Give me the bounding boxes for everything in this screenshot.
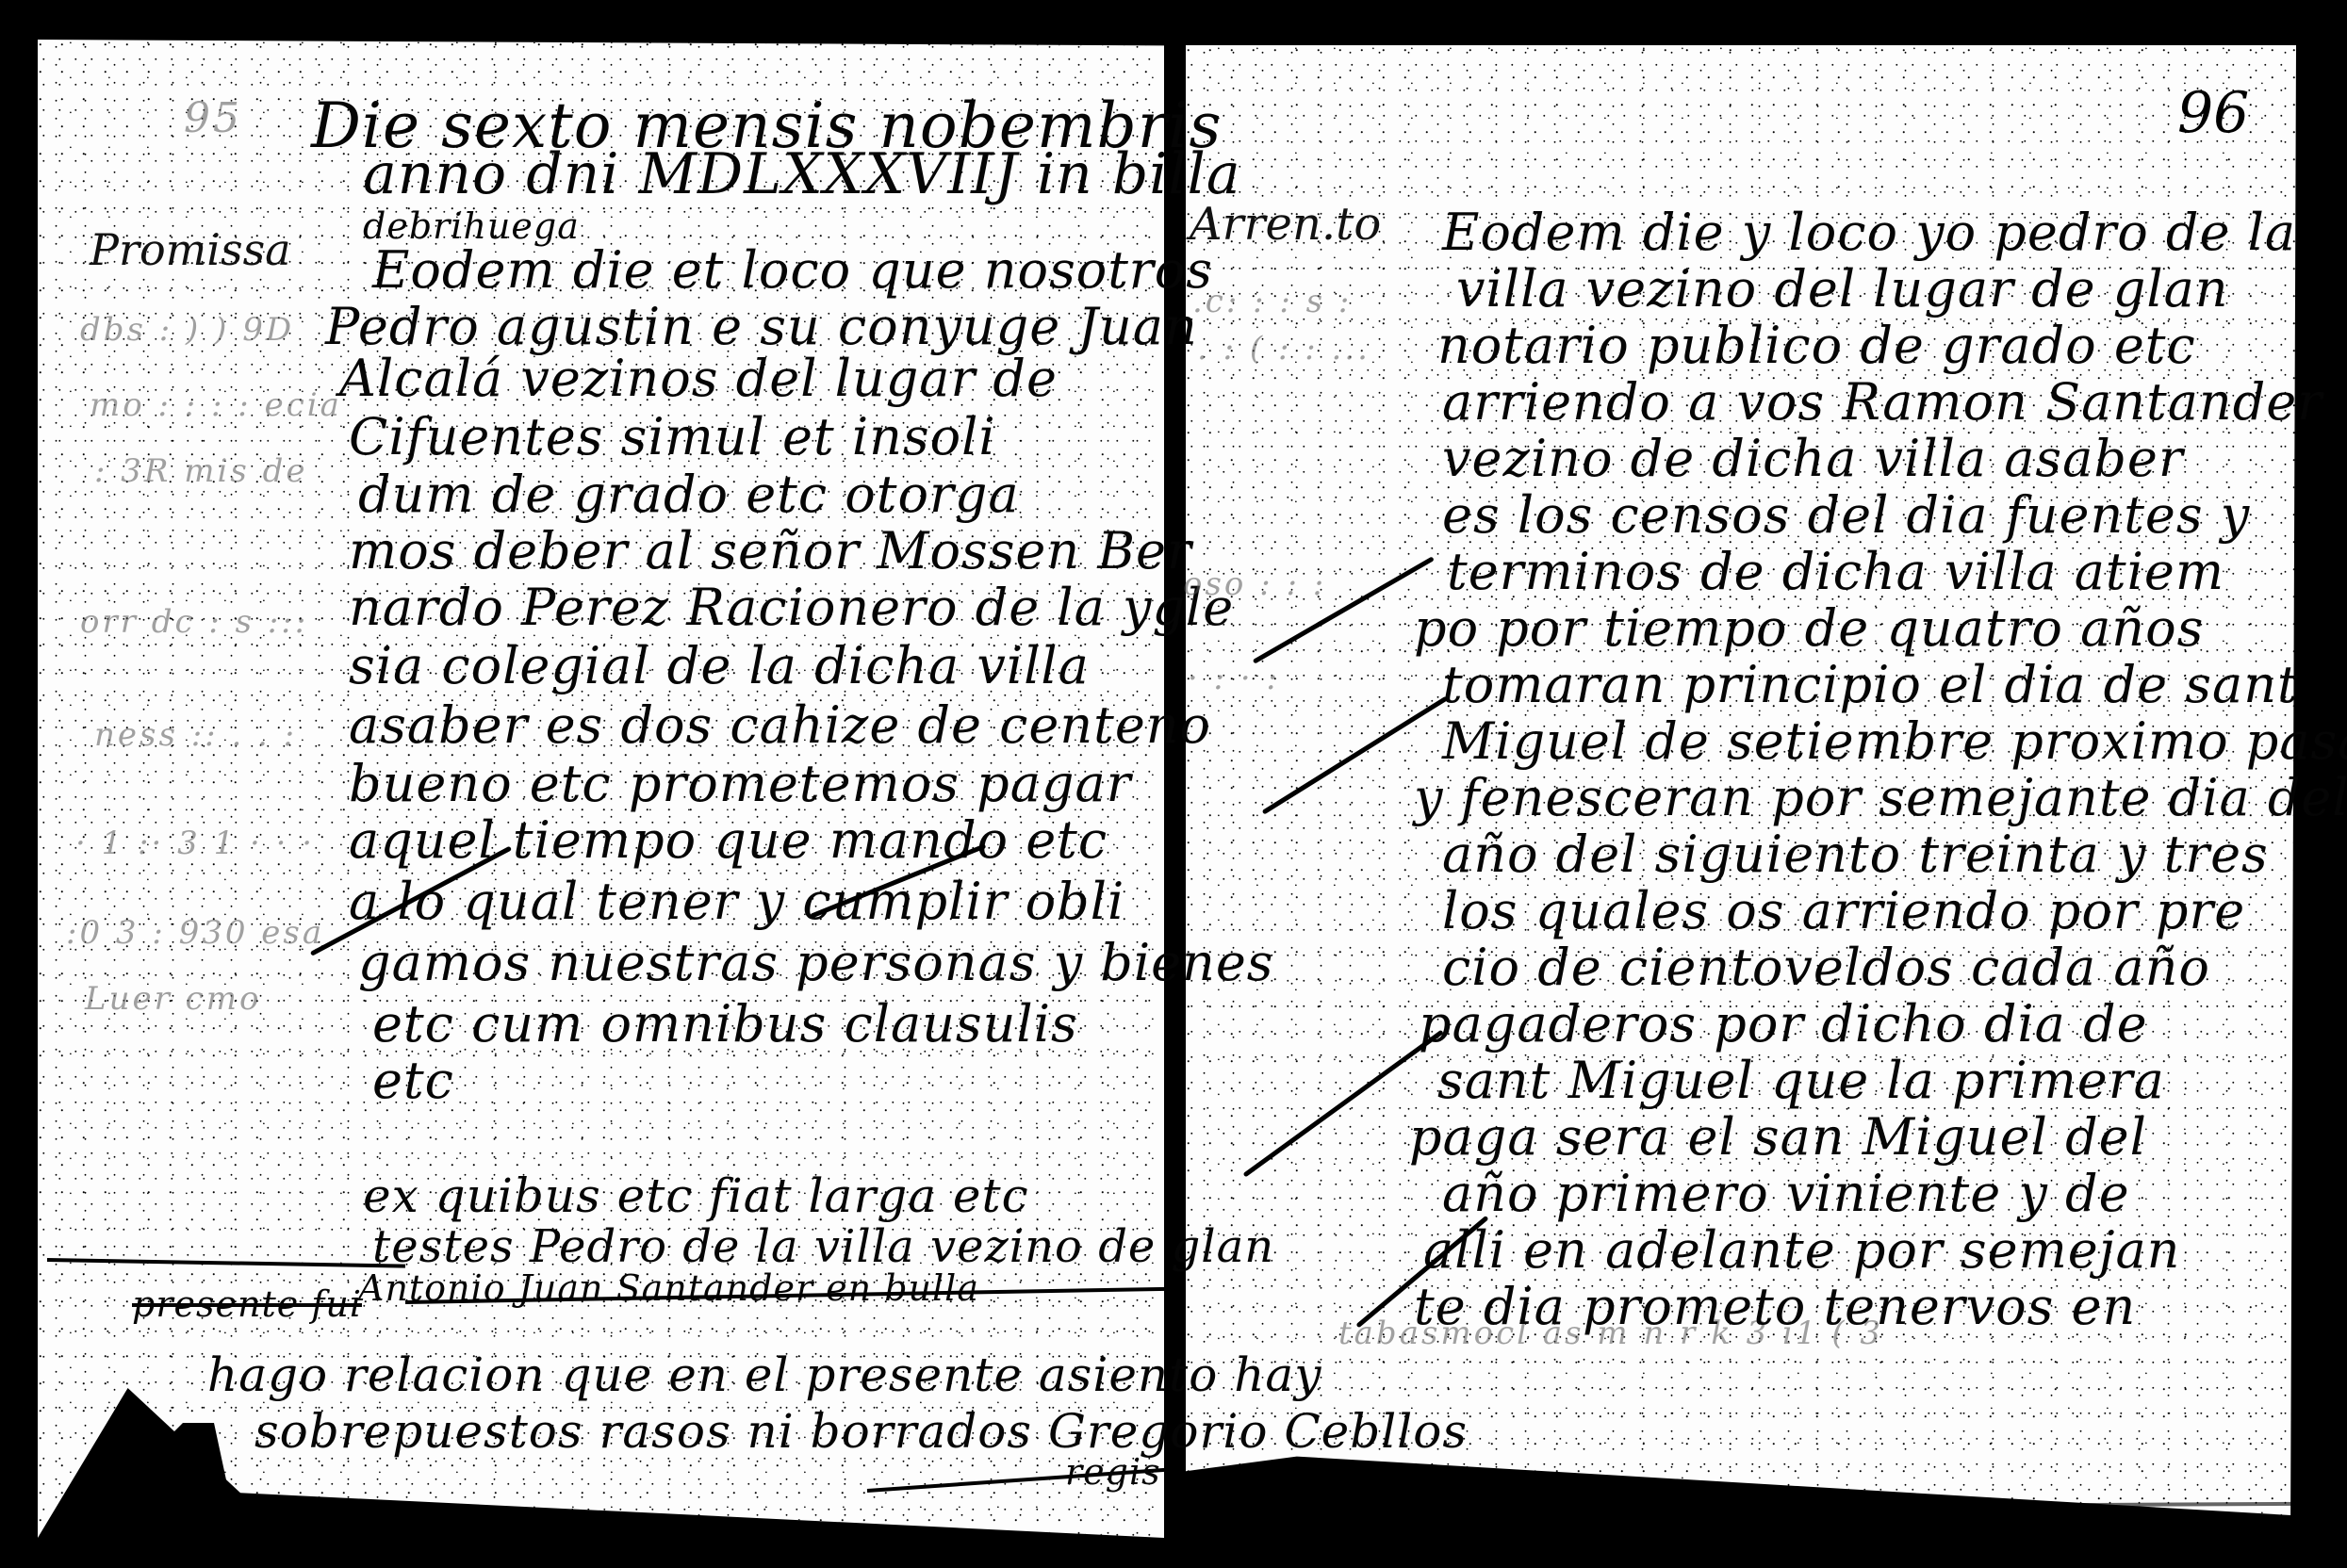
page-bottom-edge	[1192, 1502, 2295, 1511]
manuscript-line: nardo Perez Racionero de la ygle	[349, 578, 1234, 637]
bleed-through-text: : 3R mis de	[94, 452, 308, 490]
manuscript-line: es los censos del dia fuentes y	[1442, 485, 2250, 545]
bleed-through-text: mo : : : : ecia	[90, 386, 342, 424]
manuscript-line: Eodem die et loco que nosotros	[372, 240, 1213, 300]
manuscript-line: testes Pedro de la villa vezino de glan	[372, 1220, 1274, 1273]
bleed-through-text: · 1 :· 3 1 · · ·	[75, 825, 315, 862]
manuscript-line: te dia prometo tenervos en	[1414, 1277, 2136, 1336]
manuscript-line: ex quibus etc fiat larga etc	[363, 1168, 1029, 1223]
binding-gutter	[1164, 0, 1186, 1568]
bleed-through-text: Luer cmo	[85, 980, 261, 1018]
manuscript-line: aquel tiempo que mando etc	[349, 810, 1108, 870]
manuscript-line: y fenesceran por semejante dia del	[1414, 768, 2347, 827]
manuscript-line: sia colegial de la dicha villa	[349, 636, 1090, 695]
manuscript-line: sant Miguel que la primera	[1437, 1051, 2165, 1110]
manuscript-line: villa vezino del lugar de glan	[1456, 259, 2229, 318]
manuscript-line: vezino de dicha villa asaber	[1442, 429, 2184, 488]
manuscript-line: etc	[372, 1051, 454, 1110]
bleed-through-text: oso : : :	[1183, 565, 1326, 603]
manuscript-line: sobrepuestos rasos ni borrados Gregorio …	[254, 1404, 1468, 1459]
bleed-through-text: orr dc : s :::	[80, 603, 308, 641]
manuscript-line: Eodem die y loco yo pedro de la	[1442, 203, 2296, 262]
manuscript-line: etc cum omnibus clausulis	[372, 994, 1078, 1053]
manuscript-line: po por tiempo de quatro años	[1414, 598, 2204, 658]
signature-flourish: regis	[1065, 1451, 1161, 1493]
manuscript-line: dum de grado etc otorga	[358, 465, 1020, 524]
manuscript-line: anno dni MDLXXXVIIJ in billa	[363, 141, 1241, 207]
manuscript-line: los quales os arriendo por pre	[1442, 881, 2245, 940]
bleed-through-text: ness :: . . :	[94, 716, 297, 754]
manuscript-line: paga sera el san Miguel del	[1409, 1107, 2147, 1167]
manuscript-line: notario publico de grado etc	[1437, 316, 2196, 375]
manuscript-line: bueno etc prometemos pagar	[349, 754, 1131, 813]
left-page-number: 95	[184, 94, 242, 142]
manuscript-line: tomaran principio el dia de sant	[1442, 655, 2299, 714]
manuscript-line: asaber es dos cahize de centeno	[349, 695, 1211, 755]
manuscript-line: alli en adelante por semejan	[1423, 1220, 2180, 1280]
right-margin-note: Arren.to	[1190, 198, 1381, 251]
manuscript-line: Miguel de setiembre proximo pasado	[1442, 711, 2347, 771]
bleed-through-text: . : ( : : ...	[1197, 330, 1370, 367]
bleed-through-text: :0 3 : 930 esa	[66, 914, 324, 952]
manuscript-line: a lo qual tener y cumplir obli	[349, 872, 1124, 931]
right-page-number: 96	[2177, 80, 2249, 146]
manuscript-line: año primero viniente y de	[1442, 1164, 2130, 1223]
manuscript-line: año del siguiento treinta y tres	[1442, 825, 2269, 884]
manuscript-line: pagaderos por dicho dia de	[1419, 994, 2148, 1053]
manuscript-line: Alcalá vezinos del lugar de	[339, 349, 1058, 408]
bleed-through-text: .c: : : s :	[1192, 283, 1352, 320]
manuscript-line: Cifuentes simul et insoli	[349, 407, 996, 466]
manuscript-line: Pedro agustin e su conyuge Juan	[325, 297, 1198, 356]
struck-through-line: presente fui	[132, 1283, 362, 1325]
bleed-through-text: dbs : ) ) 9D	[80, 311, 294, 349]
manuscript-line: arriendo a vos Ramon Santander	[1442, 372, 2322, 432]
manuscript-line: terminos de dicha villa atiem	[1447, 542, 2224, 601]
left-margin-note: Promissa	[90, 224, 291, 275]
manuscript-line: hago relacion que en el presente asiento…	[207, 1347, 1321, 1402]
manuscript-line: cio de cientoveldos cada año	[1442, 938, 2210, 997]
manuscript-line: gamos nuestras personas y bienes	[358, 933, 1274, 992]
bleed-through-text: · : · :	[1188, 660, 1280, 697]
manuscript-line: mos deber al señor Mossen Ber	[349, 521, 1192, 580]
